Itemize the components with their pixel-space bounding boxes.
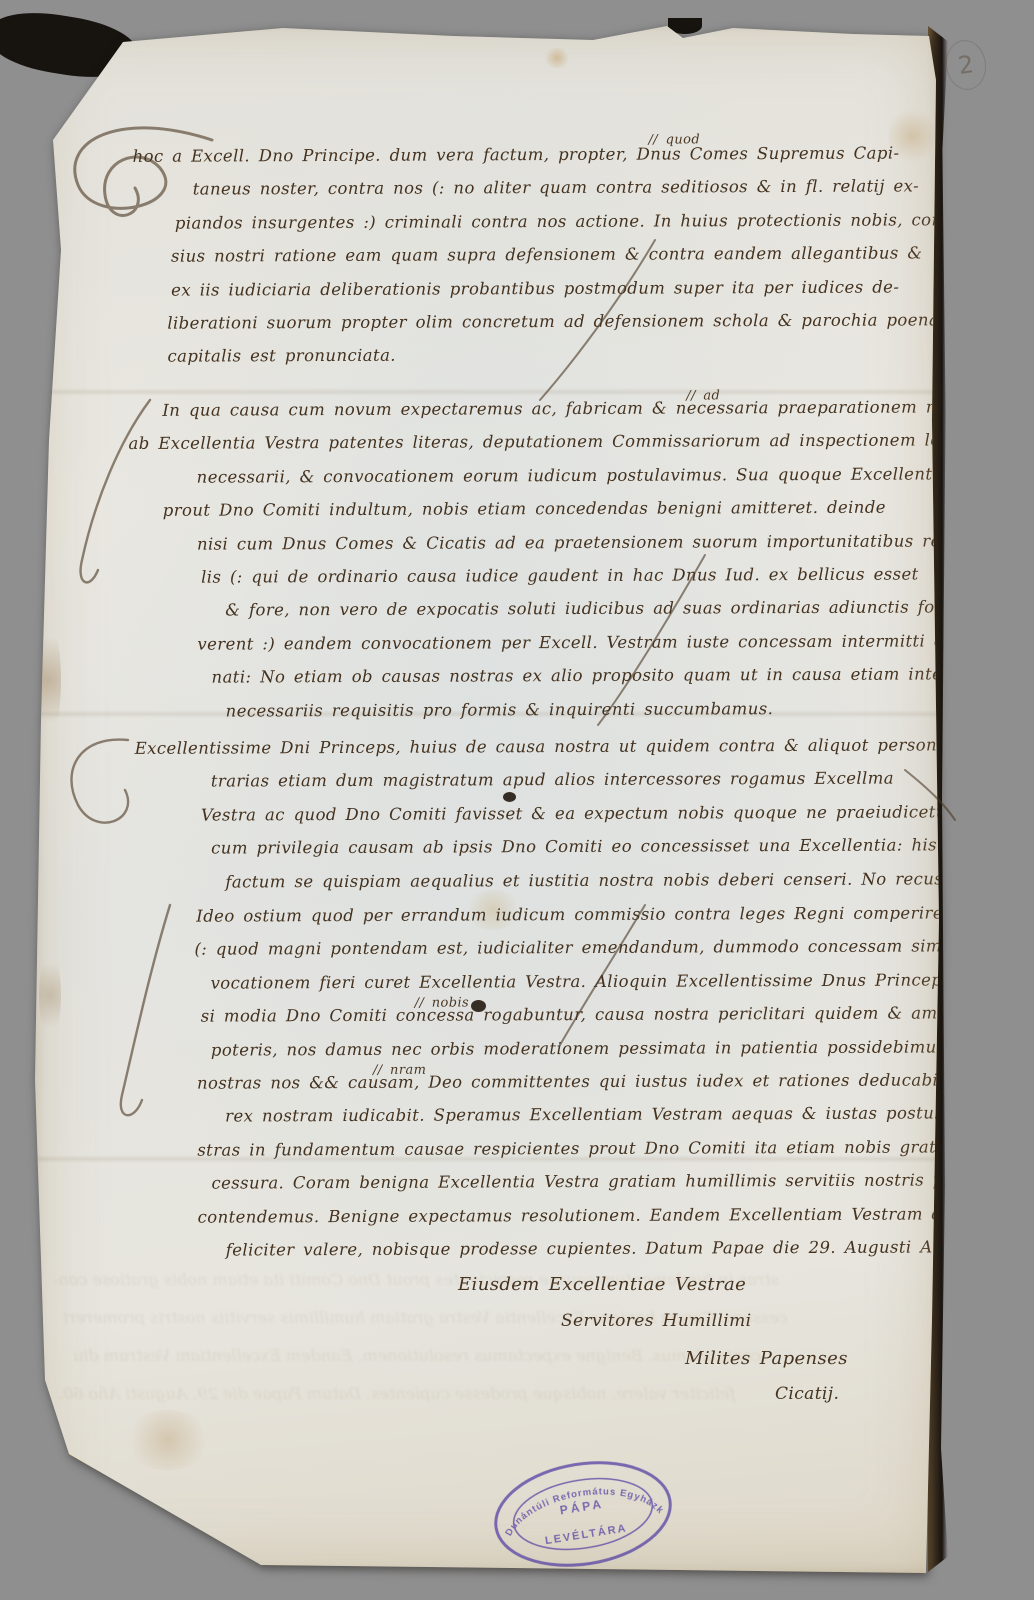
manuscript-line: feliciter valere, nobisque prodesse cupi… — [226, 1230, 1034, 1267]
stain — [889, 106, 935, 166]
interlinear-insertion: // nobis — [415, 986, 470, 1020]
stamp-bottom-text: LEVÉLTÁRA — [544, 1521, 628, 1547]
manuscript-line: factum se quispiam aequalius et iustitia… — [225, 862, 1004, 899]
paper-sheet-wrap: // quod hoc a Excell. Dno Principe. dum … — [0, 0, 1034, 1600]
scanned-manuscript-photo: // quod hoc a Excell. Dno Principe. dum … — [0, 0, 1034, 1600]
ghost-show-through: feliciter valere, nobisque prodesse cupi… — [58, 1384, 735, 1403]
stain — [39, 950, 61, 1040]
ink-blot — [503, 792, 516, 802]
manuscript-line: & fore, non vero de expocatis soluti iud… — [225, 590, 1033, 627]
ink-blot — [471, 1000, 486, 1012]
manuscript-line: In qua causa cum novum expectaremus ac, … — [162, 390, 1032, 427]
interlinear-insertion: // quod — [648, 123, 700, 157]
manuscript-line: nostras nos && causam, Deo committentes … — [197, 1063, 1034, 1100]
manuscript-line: contendemus. Benigne expectamus resoluti… — [198, 1197, 1034, 1234]
fold-crease — [33, 710, 941, 718]
paragraph-2: // ad In qua causa cum novum expectaremu… — [124, 390, 1033, 728]
signature-line: Milites Papenses — [685, 1342, 848, 1375]
manuscript-line: liberationi suorum propter olim concretu… — [167, 303, 975, 340]
manuscript-line: taneus noster, contra nos (: no aliter q… — [193, 170, 975, 207]
manuscript-line: hoc a Excell. Dno Principe. dum vera fac… — [132, 136, 974, 173]
stain — [35, 620, 61, 740]
manuscript-line: ex iis iudiciaria deliberationis probant… — [171, 270, 975, 307]
fold-crease — [33, 1155, 941, 1163]
manuscript-line: Ideo ostium quod per errandum iudicum co… — [196, 896, 1034, 933]
manuscript-line: Excellentissime Dni Princeps, huius de c… — [135, 728, 1004, 765]
manuscript-line: prout Dno Comiti indultum, nobis etiam c… — [163, 490, 1033, 527]
fold-corner — [33, 20, 941, 1576]
manuscript-line: poteris, nos damus nec orbis moderatione… — [211, 1030, 1034, 1067]
stain — [123, 1410, 213, 1470]
fold-crease — [33, 388, 941, 396]
manuscript-line: capitalis est pronunciata. — [167, 336, 975, 373]
ghost-show-through: contendemus. Benigne expectamus resoluti… — [73, 1346, 761, 1365]
manuscript-line: nati: No etiam ob causas nostras ex alio… — [211, 657, 1033, 694]
manuscript-line: piandos insurgentes :) criminali contra … — [175, 203, 975, 240]
manuscript-line: (: quod magni pontendam est, iudicialite… — [194, 929, 1034, 966]
manuscript-line: necessarii, & convocationem eorum iudicu… — [197, 457, 1033, 494]
manuscript-line: necessariis requisitis pro formis & inqu… — [226, 691, 1034, 728]
manuscript-line: cessura. Coram benigna Excellentia Vestr… — [211, 1163, 1034, 1200]
manuscript-line: nisi cum Dnus Comes & Cicatis ad ea prae… — [197, 524, 1033, 561]
ghost-show-through: stras in fundamentum causae respicientes… — [53, 1270, 779, 1289]
manuscript-line: rex nostram iudicabit. Speramus Excellen… — [225, 1096, 1034, 1133]
manuscript-line: vocationem fieri curet Excellentia Vestr… — [210, 963, 1034, 1000]
manuscript-line: verent :) eandem convocationem per Excel… — [197, 624, 1033, 661]
paper-sheet: // quod hoc a Excell. Dno Principe. dum … — [33, 20, 941, 1576]
manuscript-line: stras in fundamentum causae respicientes… — [197, 1130, 1034, 1167]
interlinear-insertion: // nram — [373, 1054, 427, 1088]
signature-line: Cicatij. — [775, 1378, 839, 1411]
paragraph-4: // nobis // nram Ideo ostium quod per er… — [124, 896, 1034, 1267]
paragraph-3: Excellentissime Dni Princeps, huius de c… — [125, 728, 1004, 899]
manuscript-line: sius nostri ratione eam quam supra defen… — [171, 236, 975, 273]
manuscript-line: cum privilegia causam ab ipsis Dno Comit… — [211, 828, 1004, 865]
stain — [543, 48, 571, 68]
manuscript-line: trarias etiam dum magistratum apud alios… — [211, 761, 1004, 798]
manuscript-line: lis (: qui de ordinario causa iudice gau… — [201, 557, 1033, 594]
interlinear-insertion: // ad — [686, 379, 720, 413]
stain — [463, 890, 523, 930]
manuscript-line: Vestra ac quod Dno Comiti favisset & ea … — [201, 795, 1004, 832]
ghost-show-through: cessura. Coram benigna Excellentia Vestr… — [63, 1308, 788, 1327]
signature-line: Eiusdem Excellentiae Vestrae — [458, 1268, 746, 1301]
manuscript-line: ab Excellentia Vestra patentes literas, … — [128, 423, 1032, 460]
paragraph-1: // quod hoc a Excell. Dno Principe. dum … — [124, 136, 975, 373]
manuscript-line: si modia Dno Comiti concessa rogabuntur,… — [201, 996, 1034, 1033]
signature-line: Servitores Humillimi — [561, 1305, 751, 1338]
